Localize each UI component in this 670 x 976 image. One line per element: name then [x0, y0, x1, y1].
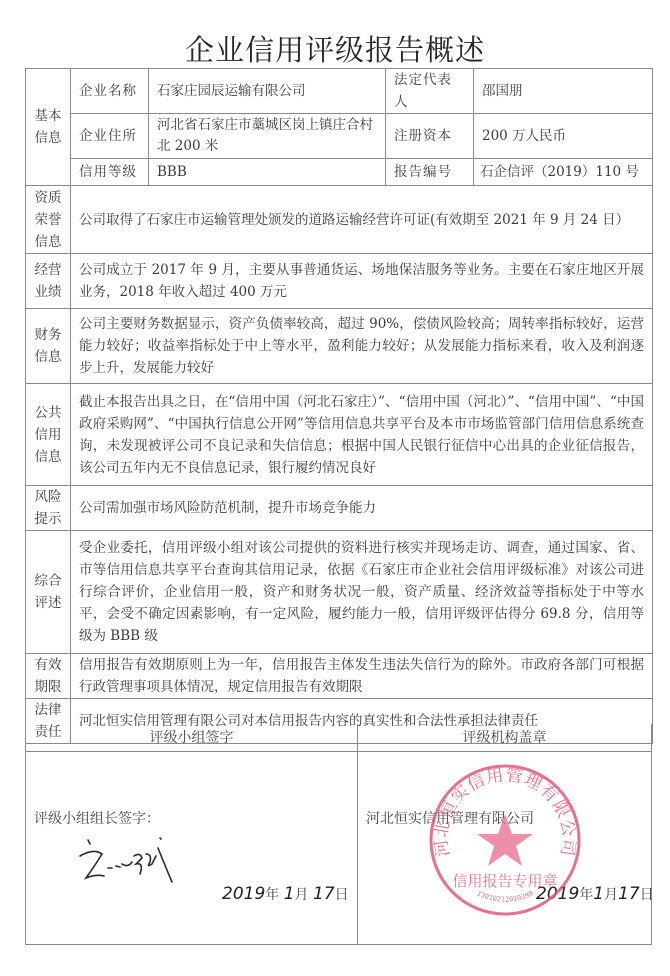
section-row: 公共信用信息 截止本报告出具之日，在“信用中国（河北石家庄）”、“信用中国（河北… — [26, 384, 653, 486]
section-label-text: 风险提示 — [34, 486, 62, 530]
right-date-month: 1 — [593, 884, 604, 904]
section-row: 综合评述 受企业委托，信用评级小组对该公司提供的资料进行核实并现场走访、调查，通… — [26, 531, 653, 654]
basic-info-row: 基本信息 企业名称 石家庄园辰运输有限公司 法定代表人 邵国朋 — [26, 69, 653, 114]
seal-star-icon — [477, 814, 533, 866]
section-label: 有效期限 — [26, 654, 71, 699]
section-label-text: 有效期限 — [34, 654, 62, 698]
section-row: 有效期限 信用报告有效期原则上为一年，信用报告主体发生违法失信行为的除外。市政府… — [26, 654, 653, 699]
left-date-day: 17 — [313, 884, 335, 904]
section-label-text: 综合评述 — [34, 570, 62, 614]
year-unit: 年 — [265, 887, 279, 903]
report-number: 石企信评（2019）110 号 — [474, 159, 653, 186]
day-unit: 日 — [335, 887, 349, 903]
report-table: 基本信息 企业名称 石家庄园辰运输有限公司 法定代表人 邵国朋 企业住所 河北省… — [25, 68, 653, 744]
leader-signature-label: 评级小组组长签字： — [34, 808, 160, 828]
day-unit: 日 — [640, 887, 654, 903]
left-signature-header: 评级小组签字 — [26, 724, 357, 752]
month-unit: 月 — [295, 887, 309, 903]
risk-text: 公司需加强市场风险防范机制，提升市场竞争能力 — [71, 486, 653, 531]
month-unit: 月 — [604, 887, 618, 903]
field-label: 企业住所 — [71, 114, 149, 159]
section-label: 经营业绩 — [26, 254, 71, 309]
section-label-text: 公共信用信息 — [34, 402, 62, 468]
section-row: 财务信息 公司主要财务数据显示，资产负债率较高，超过 90%，偿债风险较高；周转… — [26, 309, 653, 384]
section-label: 风险提示 — [26, 486, 71, 531]
section-row: 资质荣誉信息 公司取得了石家庄市运输管理处颁发的道路运输经营许可证(有效期至 2… — [26, 186, 653, 254]
left-date-year: 2019 — [222, 884, 265, 904]
field-label: 报告编号 — [386, 159, 474, 186]
financial-text: 公司主要财务数据显示，资产负债率较高，超过 90%，偿债风险较高；周转率指标较好… — [71, 309, 653, 384]
section-label: 资质荣誉信息 — [26, 186, 71, 254]
field-label: 注册资本 — [386, 114, 474, 159]
company-name: 石家庄园辰运输有限公司 — [149, 69, 386, 114]
summary-text: 受企业委托，信用评级小组对该公司提供的资料进行核实并现场走访、调查，通过国家、省… — [71, 531, 653, 654]
performance-text: 公司成立于 2017 年 9 月，主要从事普通货运、场地保洁服务等业务。主要在石… — [71, 254, 653, 309]
credit-rating: BBB — [149, 159, 386, 186]
registered-capital: 200 万人民币 — [474, 114, 653, 159]
section-label-text: 财务信息 — [34, 324, 62, 368]
page-title: 企业信用评级报告概述 — [0, 28, 670, 69]
basic-info-row: 企业住所 河北省石家庄市藁城区岗上镇庄合村北 200 米 注册资本 200 万人… — [26, 114, 653, 159]
field-label: 企业名称 — [71, 69, 149, 114]
basic-info-label-l1: 基本 — [35, 108, 62, 124]
seal-code: 13010212010399 — [476, 890, 535, 904]
qualification-text: 公司取得了石家庄市运输管理处颁发的道路运输经营许可证(有效期至 2021 年 9… — [71, 186, 653, 254]
right-date-day: 17 — [618, 884, 640, 904]
field-label: 法定代表人 — [386, 69, 474, 114]
field-label: 信用等级 — [71, 159, 149, 186]
left-date-month: 1 — [284, 884, 295, 904]
section-label-basic-info: 基本信息 — [26, 69, 71, 186]
right-seal-header: 评级机构盖章 — [358, 724, 651, 752]
divider — [357, 724, 358, 944]
public-credit-text: 截止本报告出具之日，在“信用中国（河北石家庄）”、“信用中国（河北）”、“信用中… — [71, 384, 653, 486]
section-label: 财务信息 — [26, 309, 71, 384]
basic-info-label-l2: 信息 — [35, 130, 62, 146]
validity-text: 信用报告有效期原则上为一年，信用报告主体发生违法失信行为的除外。市政府各部门可根… — [71, 654, 653, 699]
section-label-text: 资质荣誉信息 — [34, 187, 62, 253]
section-label: 公共信用信息 — [26, 384, 71, 486]
svg-text:13010212010399: 13010212010399 — [476, 890, 535, 904]
basic-info-row: 信用等级 BBB 报告编号 石企信评（2019）110 号 — [26, 159, 653, 186]
legal-representative: 邵国朋 — [474, 69, 653, 114]
left-date: 2019年 1月 17日 — [222, 884, 349, 904]
section-row: 风险提示 公司需加强市场风险防范机制，提升市场竞争能力 — [26, 486, 653, 531]
section-label-text: 经营业绩 — [34, 259, 62, 303]
section-label: 综合评述 — [26, 531, 71, 654]
company-seal-stamp: 河北恒实信用管理有限公司 信用报告专用章 13010212010399 — [427, 762, 583, 918]
seal-center-text: 信用报告专用章 — [452, 872, 557, 890]
company-address: 河北省石家庄市藁城区岗上镇庄合村北 200 米 — [149, 114, 386, 159]
handwritten-signature — [76, 834, 196, 894]
section-row: 经营业绩 公司成立于 2017 年 9 月，主要从事普通货运、场地保洁服务等业务… — [26, 254, 653, 309]
